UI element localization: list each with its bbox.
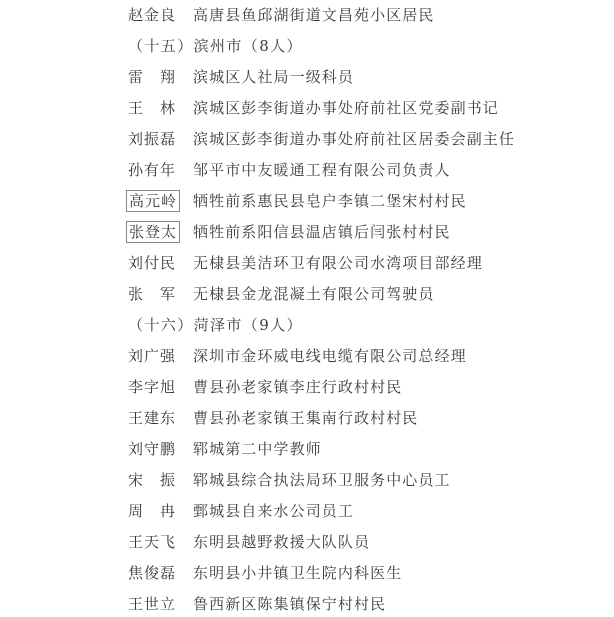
person-name: 李字旭 — [128, 376, 176, 398]
section-heading: （十五）滨州市（8人） — [0, 35, 614, 59]
list-item: 李字旭 曹县孙老家镇李庄行政村村民 — [0, 376, 614, 400]
person-name: 宋 振 — [128, 469, 176, 491]
list-item: 刘付民 无棣县美洁环卫有限公司水湾项目部经理 — [0, 252, 614, 276]
person-description: 鲁西新区陈集镇保宁村村民 — [193, 593, 386, 615]
person-name: 雷 翔 — [128, 66, 176, 88]
list-item: 张登太 牺牲前系阳信县温店镇后闫张村村民 — [0, 221, 614, 245]
list-item: 王建东 曹县孙老家镇王集南行政村村民 — [0, 407, 614, 431]
list-item: 张 军 无棣县金龙混凝土有限公司驾驶员 — [0, 283, 614, 307]
person-name: 赵金良 — [128, 4, 176, 26]
person-description: 滨城区彭李街道办事处府前社区党委副书记 — [193, 97, 499, 119]
person-name: 刘振磊 — [128, 128, 176, 150]
list-item: 焦俊磊 东明县小井镇卫生院内科医生 — [0, 562, 614, 586]
section-heading: （十六）菏泽市（9人） — [0, 314, 614, 338]
person-description: 无棣县美洁环卫有限公司水湾项目部经理 — [193, 252, 483, 274]
list-item: 周 冉 鄄城县自来水公司员工 — [0, 500, 614, 524]
list-item: 王 林 滨城区彭李街道办事处府前社区党委副书记 — [0, 97, 614, 121]
list-item: 雷 翔 滨城区人社局一级科员 — [0, 66, 614, 90]
person-description: 深圳市金环威电线电缆有限公司总经理 — [193, 345, 467, 367]
person-description: 郓城第二中学教师 — [193, 438, 322, 460]
person-name: 周 冉 — [128, 500, 176, 522]
person-description: 无棣县金龙混凝土有限公司驾驶员 — [193, 283, 435, 305]
person-description: 牺牲前系惠民县皂户李镇二堡宋村村民 — [193, 190, 467, 212]
list-item: 王天飞 东明县越野救援大队队员 — [0, 531, 614, 555]
list-item: 高元岭 牺牲前系惠民县皂户李镇二堡宋村村民 — [0, 190, 614, 214]
person-name: 刘广强 — [128, 345, 176, 367]
person-description: 东明县越野救援大队队员 — [193, 531, 370, 553]
person-description: 东明县小井镇卫生院内科医生 — [193, 562, 402, 584]
list-item: 刘广强 深圳市金环威电线电缆有限公司总经理 — [0, 345, 614, 369]
person-description: 滨城区彭李街道办事处府前社区居委会副主任 — [193, 128, 515, 150]
person-name: 孙有年 — [128, 159, 176, 181]
person-name: 焦俊磊 — [128, 562, 176, 584]
person-name: 王建东 — [128, 407, 176, 429]
section-heading-text: （十五）滨州市（8人） — [128, 35, 303, 57]
person-description: 滨城区人社局一级科员 — [193, 66, 354, 88]
person-description: 邹平市中友暖通工程有限公司负责人 — [193, 159, 451, 181]
person-name: 王天飞 — [128, 531, 176, 553]
list-item: 赵金良 高唐县鱼邱湖街道文昌苑小区居民 — [0, 4, 614, 28]
person-description: 郓城县综合执法局环卫服务中心员工 — [193, 469, 451, 491]
list-item: 孙有年 邹平市中友暖通工程有限公司负责人 — [0, 159, 614, 183]
list-item: 王世立 鲁西新区陈集镇保宁村村民 — [0, 593, 614, 617]
person-name-boxed: 张登太 — [126, 221, 180, 243]
list-item: 刘守鹏 郓城第二中学教师 — [0, 438, 614, 462]
person-name: 张 军 — [128, 283, 176, 305]
person-name: 刘守鹏 — [128, 438, 176, 460]
person-description: 高唐县鱼邱湖街道文昌苑小区居民 — [193, 4, 435, 26]
person-name-boxed: 高元岭 — [126, 190, 180, 212]
person-name: 刘付民 — [128, 252, 176, 274]
person-description: 鄄城县自来水公司员工 — [193, 500, 354, 522]
document-page: 赵金良 高唐县鱼邱湖街道文昌苑小区居民 （十五）滨州市（8人） 雷 翔 滨城区人… — [0, 0, 614, 617]
person-name: 王 林 — [128, 97, 176, 119]
person-description: 曹县孙老家镇李庄行政村村民 — [193, 376, 402, 398]
person-description: 曹县孙老家镇王集南行政村村民 — [193, 407, 418, 429]
person-description: 牺牲前系阳信县温店镇后闫张村村民 — [193, 221, 451, 243]
list-item: 刘振磊 滨城区彭李街道办事处府前社区居委会副主任 — [0, 128, 614, 152]
list-item: 宋 振 郓城县综合执法局环卫服务中心员工 — [0, 469, 614, 493]
section-heading-text: （十六）菏泽市（9人） — [128, 314, 303, 336]
person-name: 王世立 — [128, 593, 176, 615]
